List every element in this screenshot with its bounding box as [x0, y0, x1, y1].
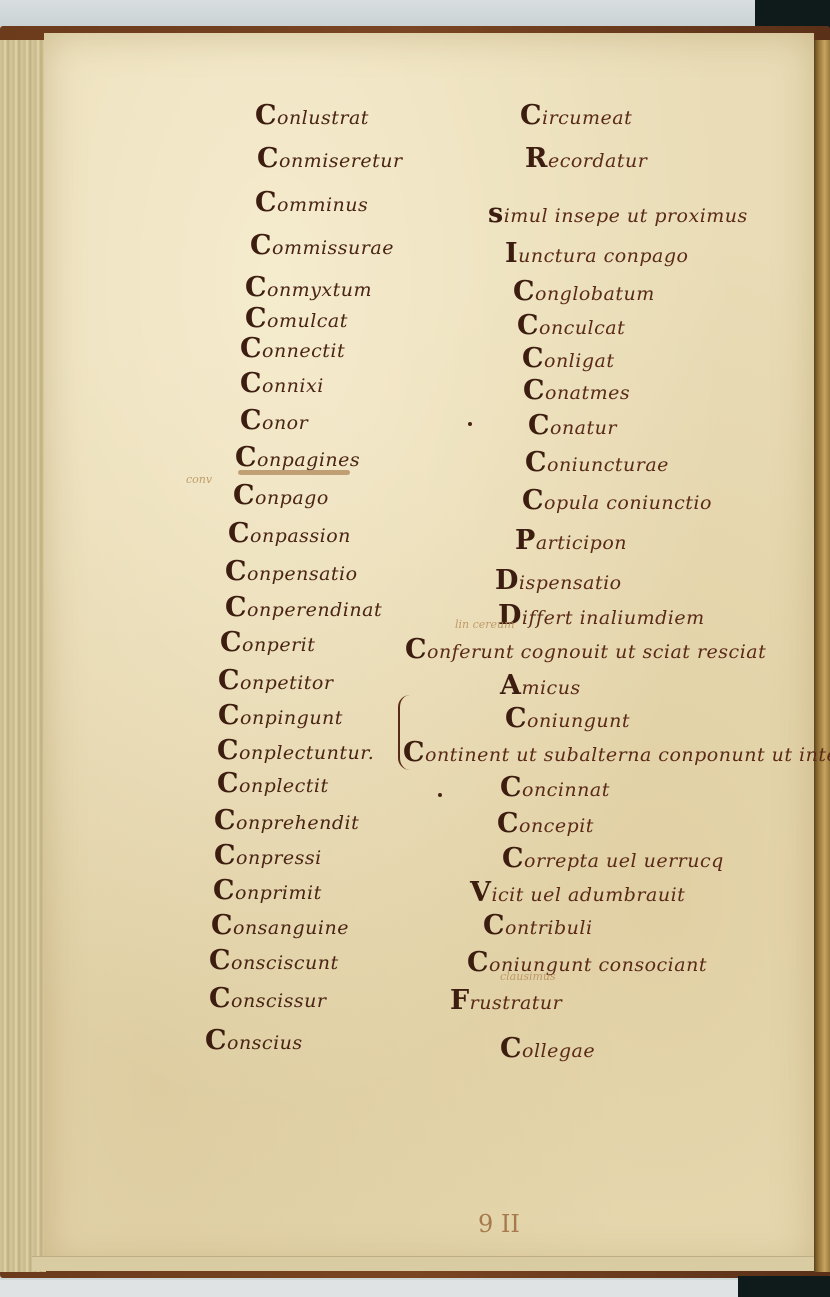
initial-letter: C	[522, 485, 544, 516]
initial-letter: C	[218, 665, 240, 696]
entry-text: onnixi	[262, 375, 324, 397]
lemma-entry: Connixi	[240, 368, 324, 399]
gloss-entry: Conglobatum	[513, 276, 655, 307]
gloss-entry: Frustratur	[450, 985, 562, 1016]
initial-letter: C	[255, 187, 277, 218]
initial-letter: D	[495, 565, 519, 596]
entry-text: micus	[521, 677, 580, 699]
entry-text: ollegae	[522, 1040, 595, 1062]
entry-text: onpassion	[250, 525, 351, 547]
initial-letter: C	[235, 442, 257, 473]
initial-letter: C	[505, 703, 527, 734]
ink-smudge	[238, 470, 350, 475]
entry-text: iffert inaliumdiem	[522, 607, 705, 629]
entry-text: onplectit	[239, 775, 329, 797]
leaf-bottom-edge	[32, 1256, 814, 1271]
lemma-entry: Conpago	[233, 480, 329, 511]
gloss-entry: Conatmes	[523, 375, 630, 406]
lemma-entry: Conprehendit	[214, 805, 359, 836]
initial-letter: C	[257, 143, 279, 174]
lemma-entry: Comminus	[255, 187, 368, 218]
initial-letter: C	[214, 840, 236, 871]
initial-letter: C	[211, 910, 233, 941]
scan-background-dark-bottom-corner	[738, 1276, 830, 1297]
gloss-entry: Contribuli	[483, 910, 593, 941]
lemma-entry: Conpagines	[235, 442, 360, 473]
entry-text: onlustrat	[277, 107, 369, 129]
initial-letter: C	[228, 518, 250, 549]
entry-text: onsanguine	[233, 917, 349, 939]
gloss-entry: Iunctura conpago	[505, 238, 689, 269]
lemma-entry: Conscius	[205, 1025, 303, 1056]
initial-letter: C	[218, 700, 240, 731]
initial-letter: C	[467, 947, 489, 978]
lemma-entry: Conpensatio	[225, 556, 358, 587]
lemma-entry: Conperendinat	[225, 592, 382, 623]
initial-letter: C	[405, 634, 427, 665]
entry-text: onpetitor	[240, 672, 333, 694]
initial-letter: C	[500, 1033, 522, 1064]
entry-text: onplectuntur.	[239, 742, 374, 764]
lemma-entry: Conpingunt	[218, 700, 343, 731]
gloss-entry: Concepit	[497, 808, 594, 839]
entry-text: onprimit	[235, 882, 322, 904]
entry-text: onpressi	[236, 847, 322, 869]
initial-letter: F	[450, 985, 470, 1016]
gloss-entry: Correpta uel uerrucq	[502, 843, 724, 874]
entry-text: opula coniunctio	[544, 492, 712, 514]
entry-text: icit uel adumbrauit	[491, 884, 685, 906]
initial-letter: C	[522, 343, 544, 374]
initial-letter: C	[483, 910, 505, 941]
entry-text: onnectit	[262, 340, 345, 362]
lemma-entry: Conmyxtum	[245, 272, 372, 303]
initial-letter: C	[240, 333, 262, 364]
entry-text: onor	[262, 412, 308, 434]
initial-letter: C	[240, 405, 262, 436]
gloss-entry: Conferunt cognouit ut sciat resciat	[405, 634, 766, 665]
initial-letter: C	[245, 303, 267, 334]
initial-letter: s	[488, 198, 504, 229]
entry-text: ecordatur	[548, 150, 647, 172]
entry-text: ommissurae	[272, 237, 394, 259]
lemma-entry: Conscissur	[209, 983, 326, 1014]
lemma-entry: Conor	[240, 405, 308, 436]
gloss-entry: Amicus	[500, 670, 581, 701]
initial-letter: C	[528, 410, 550, 441]
lemma-entry: Commissurae	[250, 230, 394, 261]
entry-text: onligat	[544, 350, 614, 372]
entry-text: oncinnat	[522, 779, 610, 801]
entry-text: omminus	[277, 194, 368, 216]
gloss-entry: Conatur	[528, 410, 617, 441]
lemma-entry: Conpetitor	[218, 665, 333, 696]
initial-letter: C	[220, 627, 242, 658]
entry-text: onculcat	[539, 317, 625, 339]
gloss-entry: Conculcat	[517, 310, 625, 341]
entry-text: articipon	[536, 532, 627, 554]
gloss-entry: Recordatur	[525, 143, 647, 174]
initial-letter: A	[500, 670, 521, 701]
lemma-entry: Conmiseretur	[257, 143, 403, 174]
lemma-entry: Conperit	[220, 627, 315, 658]
gloss-entry: Circumeat	[520, 100, 632, 131]
entry-text: onatur	[550, 417, 617, 439]
page-stack-left-edges	[0, 40, 46, 1272]
folio-number: 9 II	[478, 1210, 520, 1238]
lemma-entry: Consciscunt	[209, 945, 339, 976]
initial-letter: C	[214, 805, 236, 836]
initial-letter: C	[525, 447, 547, 478]
initial-letter: C	[502, 843, 524, 874]
gloss-entry: Participon	[515, 525, 627, 556]
entry-text: onatmes	[545, 382, 630, 404]
entry-text: omulcat	[267, 310, 348, 332]
gloss-entry: Vicit uel adumbrauit	[470, 877, 685, 908]
entry-text: onscissur	[231, 990, 326, 1012]
entry-text: orrepta uel uerrucq	[524, 850, 724, 872]
entry-text: ontinent ut subalterna conponunt ut inte…	[425, 744, 830, 766]
entry-text: oniungunt	[527, 710, 630, 732]
initial-letter: C	[513, 276, 535, 307]
entry-text: unctura conpago	[518, 245, 688, 267]
initial-letter: C	[213, 875, 235, 906]
gloss-entry: Coniungunt	[505, 703, 630, 734]
gloss-entry: Collegae	[500, 1033, 595, 1064]
marginal-note: clausimus	[500, 970, 556, 983]
lemma-entry: Consanguine	[211, 910, 349, 941]
initial-letter: C	[225, 592, 247, 623]
marginal-note: lin cereum	[455, 618, 515, 631]
entry-text: onmyxtum	[267, 279, 372, 301]
initial-letter: C	[225, 556, 247, 587]
gloss-entry: Dispensatio	[495, 565, 622, 596]
page-stack-right-edge	[812, 40, 830, 1272]
gloss-entry: Concinnat	[500, 772, 610, 803]
gloss-entry: Copula coniunctio	[522, 485, 712, 516]
initial-letter: C	[255, 100, 277, 131]
initial-letter: V	[470, 877, 491, 908]
initial-letter: C	[500, 772, 522, 803]
ink-dot	[468, 422, 472, 426]
initial-letter: C	[523, 375, 545, 406]
lemma-entry: Conlustrat	[255, 100, 369, 131]
initial-letter: R	[525, 143, 548, 174]
entry-text: ircumeat	[542, 107, 632, 129]
gloss-entry: Conligat	[522, 343, 614, 374]
initial-letter: P	[515, 525, 536, 556]
gloss-entry: Differt inaliumdiem	[498, 600, 705, 631]
lemma-entry: Conplectuntur.	[217, 735, 374, 766]
entry-text: onscius	[227, 1032, 303, 1054]
initial-letter: C	[233, 480, 255, 511]
entry-text: onpagines	[257, 449, 360, 471]
entry-text: onpingunt	[240, 707, 343, 729]
bracket-mark	[398, 695, 420, 770]
initial-letter: I	[505, 238, 518, 269]
entry-text: onperit	[242, 634, 315, 656]
lemma-entry: Connectit	[240, 333, 345, 364]
lemma-entry: Conpressi	[214, 840, 322, 871]
initial-letter: C	[217, 768, 239, 799]
entry-text: onglobatum	[535, 283, 655, 305]
entry-text: onprehendit	[236, 812, 359, 834]
lemma-entry: Conpassion	[228, 518, 351, 549]
initial-letter: C	[217, 735, 239, 766]
scan-background-bottom	[0, 1280, 830, 1297]
entry-text: rustratur	[470, 992, 563, 1014]
entry-text: ontribuli	[505, 917, 593, 939]
initial-letter: C	[517, 310, 539, 341]
entry-text: onsciscunt	[231, 952, 339, 974]
entry-text: onpensatio	[247, 563, 358, 585]
initial-letter: C	[497, 808, 519, 839]
ink-dot	[438, 793, 442, 797]
initial-letter: C	[205, 1025, 227, 1056]
entry-text: imul insepe ut proximus	[504, 205, 748, 227]
entry-text: onpago	[255, 487, 329, 509]
initial-letter: C	[209, 983, 231, 1014]
lemma-entry: Comulcat	[245, 303, 348, 334]
entry-text: onmiseretur	[279, 150, 403, 172]
marginal-note: conv	[186, 473, 212, 486]
entry-text: oniuncturae	[547, 454, 669, 476]
lemma-entry: Conprimit	[213, 875, 322, 906]
gloss-entry: Continent ut subalterna conponunt ut int…	[403, 737, 830, 768]
entry-text: ispensatio	[519, 572, 622, 594]
entry-text: oncepit	[519, 815, 594, 837]
entry-text: onferunt cognouit ut sciat resciat	[427, 641, 766, 663]
gloss-entry: Coniuncturae	[525, 447, 669, 478]
initial-letter: C	[240, 368, 262, 399]
lemma-entry: Conplectit	[217, 768, 329, 799]
initial-letter: C	[250, 230, 272, 261]
entry-text: onperendinat	[247, 599, 382, 621]
initial-letter: C	[245, 272, 267, 303]
gloss-entry: simul insepe ut proximus	[488, 198, 748, 229]
initial-letter: C	[209, 945, 231, 976]
initial-letter: C	[520, 100, 542, 131]
